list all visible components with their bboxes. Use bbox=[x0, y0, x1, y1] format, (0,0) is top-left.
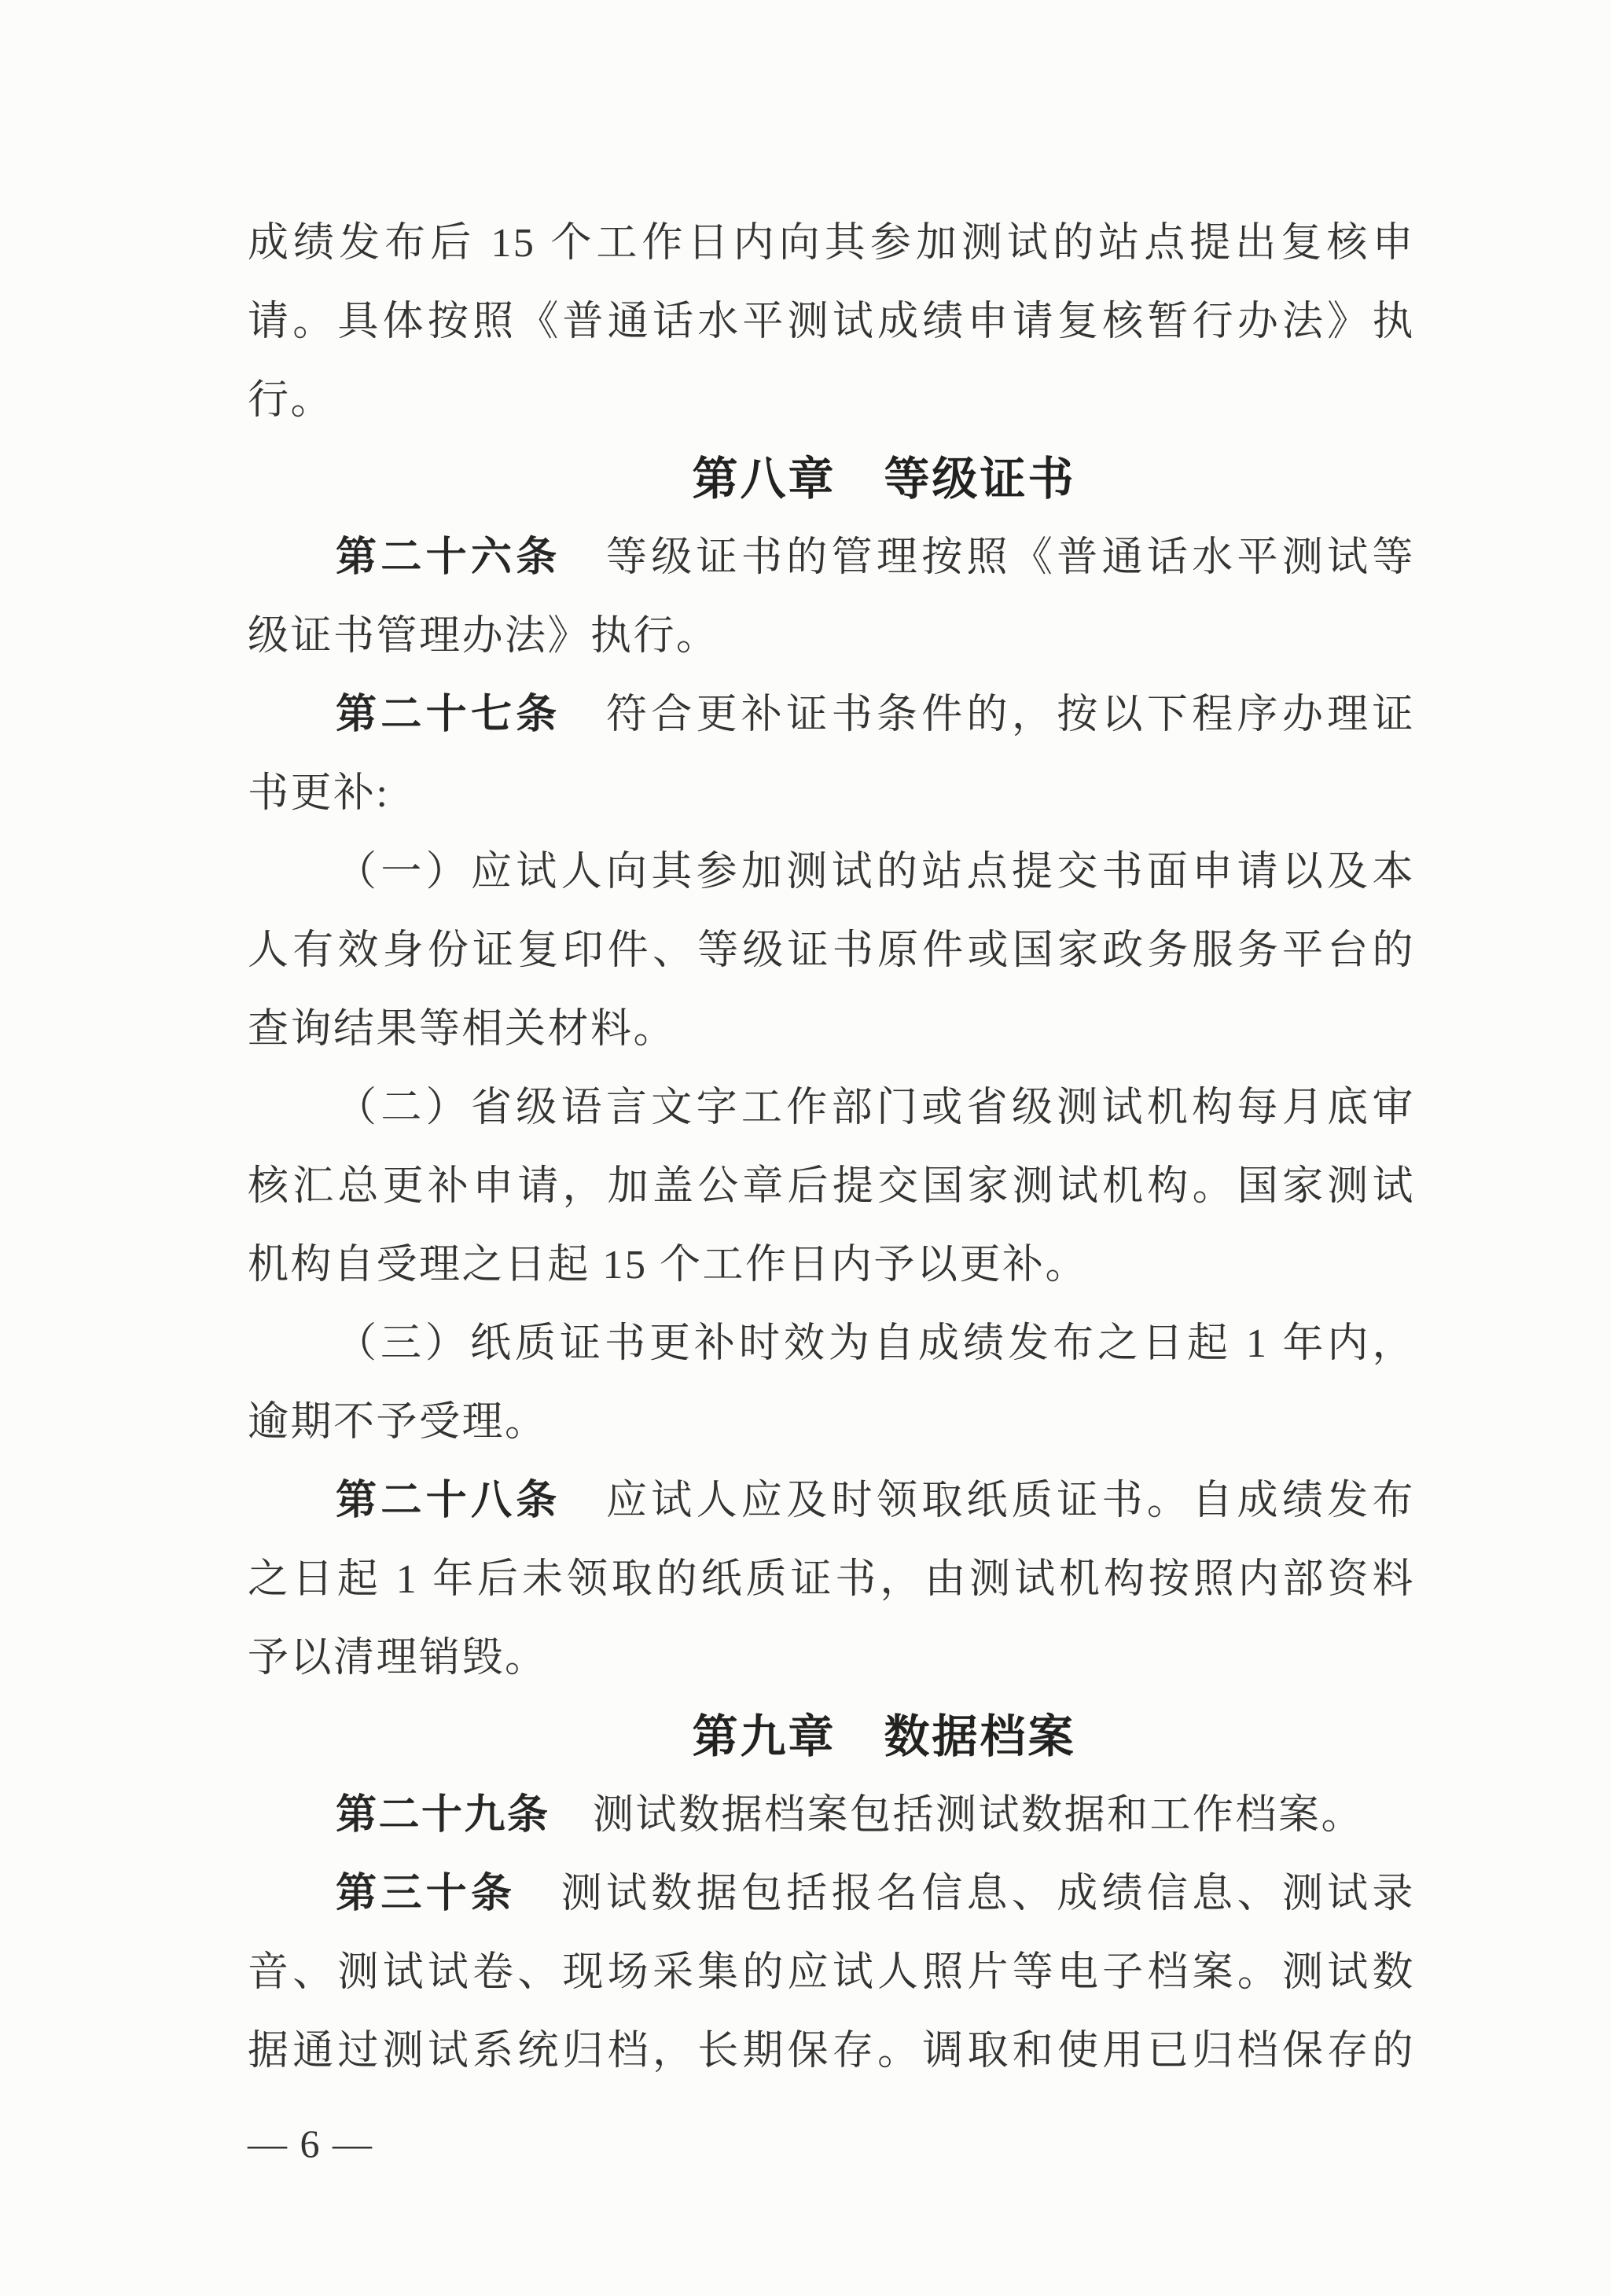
chapter-9-heading: 第九章 数据档案 bbox=[300, 1698, 1468, 1776]
paragraph-line: 请。具体按照《普通话水平测试成绩申请复核暂行办法》执 bbox=[248, 283, 1415, 362]
chapter-8-heading: 第八章 等级证书 bbox=[300, 440, 1468, 519]
paragraph-line: 书更补: bbox=[248, 755, 1415, 833]
item-2-line: （二）省级语言文字工作部门或省级测试机构每月底审 bbox=[248, 1069, 1415, 1148]
paragraph-line: 人有效身份证复印件、等级证书原件或国家政务服务平台的 bbox=[248, 912, 1415, 990]
article-27-line: 第二十七条 符合更补证书条件的，按以下程序办理证 bbox=[248, 676, 1415, 755]
article-26-text: 等级证书的管理按照《普通话水平测试等 bbox=[561, 535, 1415, 580]
article-27-text: 符合更补证书条件的，按以下程序办理证 bbox=[561, 692, 1415, 737]
article-26-number: 第二十六条 bbox=[336, 535, 561, 580]
article-28-text: 应试人应及时领取纸质证书。自成绩发布 bbox=[561, 1479, 1415, 1523]
article-29-number: 第二十九条 bbox=[336, 1793, 550, 1838]
page-footer: — 6 — bbox=[248, 2104, 373, 2183]
paragraph-line: 查询结果等相关材料。 bbox=[248, 990, 1415, 1069]
paragraph-line: 音、测试试卷、现场采集的应试人照片等电子档案。测试数 bbox=[248, 1934, 1415, 2012]
article-28-number: 第二十八条 bbox=[336, 1479, 561, 1523]
paragraph-line: 据通过测试系统归档，长期保存。调取和使用已归档保存的 bbox=[248, 2012, 1415, 2091]
item-1-line: （一）应试人向其参加测试的站点提交书面申请以及本 bbox=[248, 833, 1415, 912]
paragraph-line: 级证书管理办法》执行。 bbox=[248, 597, 1415, 676]
item-3-line: （三）纸质证书更补时效为自成绩发布之日起 1 年内， bbox=[248, 1305, 1415, 1383]
paragraph-line: 机构自受理之日起 15 个工作日内予以更补。 bbox=[248, 1226, 1415, 1305]
page-number: — 6 — bbox=[248, 2122, 373, 2166]
paragraph-line: 核汇总更补申请，加盖公章后提交国家测试机构。国家测试 bbox=[248, 1148, 1415, 1226]
document-page: 成绩发布后 15 个工作日内向其参加测试的站点提出复核申 请。具体按照《普通话水… bbox=[0, 0, 1610, 2296]
article-28-line: 第二十八条 应试人应及时领取纸质证书。自成绩发布 bbox=[248, 1462, 1415, 1541]
paragraph-line: 予以清理销毁。 bbox=[248, 1619, 1415, 1698]
document-body: 成绩发布后 15 个工作日内向其参加测试的站点提出复核申 请。具体按照《普通话水… bbox=[248, 204, 1415, 2091]
article-27-number: 第二十七条 bbox=[336, 692, 561, 737]
paragraph-line: 成绩发布后 15 个工作日内向其参加测试的站点提出复核申 bbox=[248, 204, 1415, 283]
paragraph-line: 之日起 1 年后未领取的纸质证书，由测试机构按照内部资料 bbox=[248, 1541, 1415, 1619]
article-29-line: 第二十九条 测试数据档案包括测试数据和工作档案。 bbox=[248, 1776, 1415, 1855]
article-26-line: 第二十六条 等级证书的管理按照《普通话水平测试等 bbox=[248, 519, 1415, 597]
paragraph-line: 逾期不予受理。 bbox=[248, 1383, 1415, 1462]
article-30-number: 第三十条 bbox=[336, 1872, 516, 1916]
article-29-text: 测试数据档案包括测试数据和工作档案。 bbox=[550, 1793, 1365, 1838]
article-30-text: 测试数据包括报名信息、成绩信息、测试录 bbox=[516, 1872, 1415, 1916]
article-30-line: 第三十条 测试数据包括报名信息、成绩信息、测试录 bbox=[248, 1855, 1415, 1934]
paragraph-line: 行。 bbox=[248, 362, 1415, 440]
